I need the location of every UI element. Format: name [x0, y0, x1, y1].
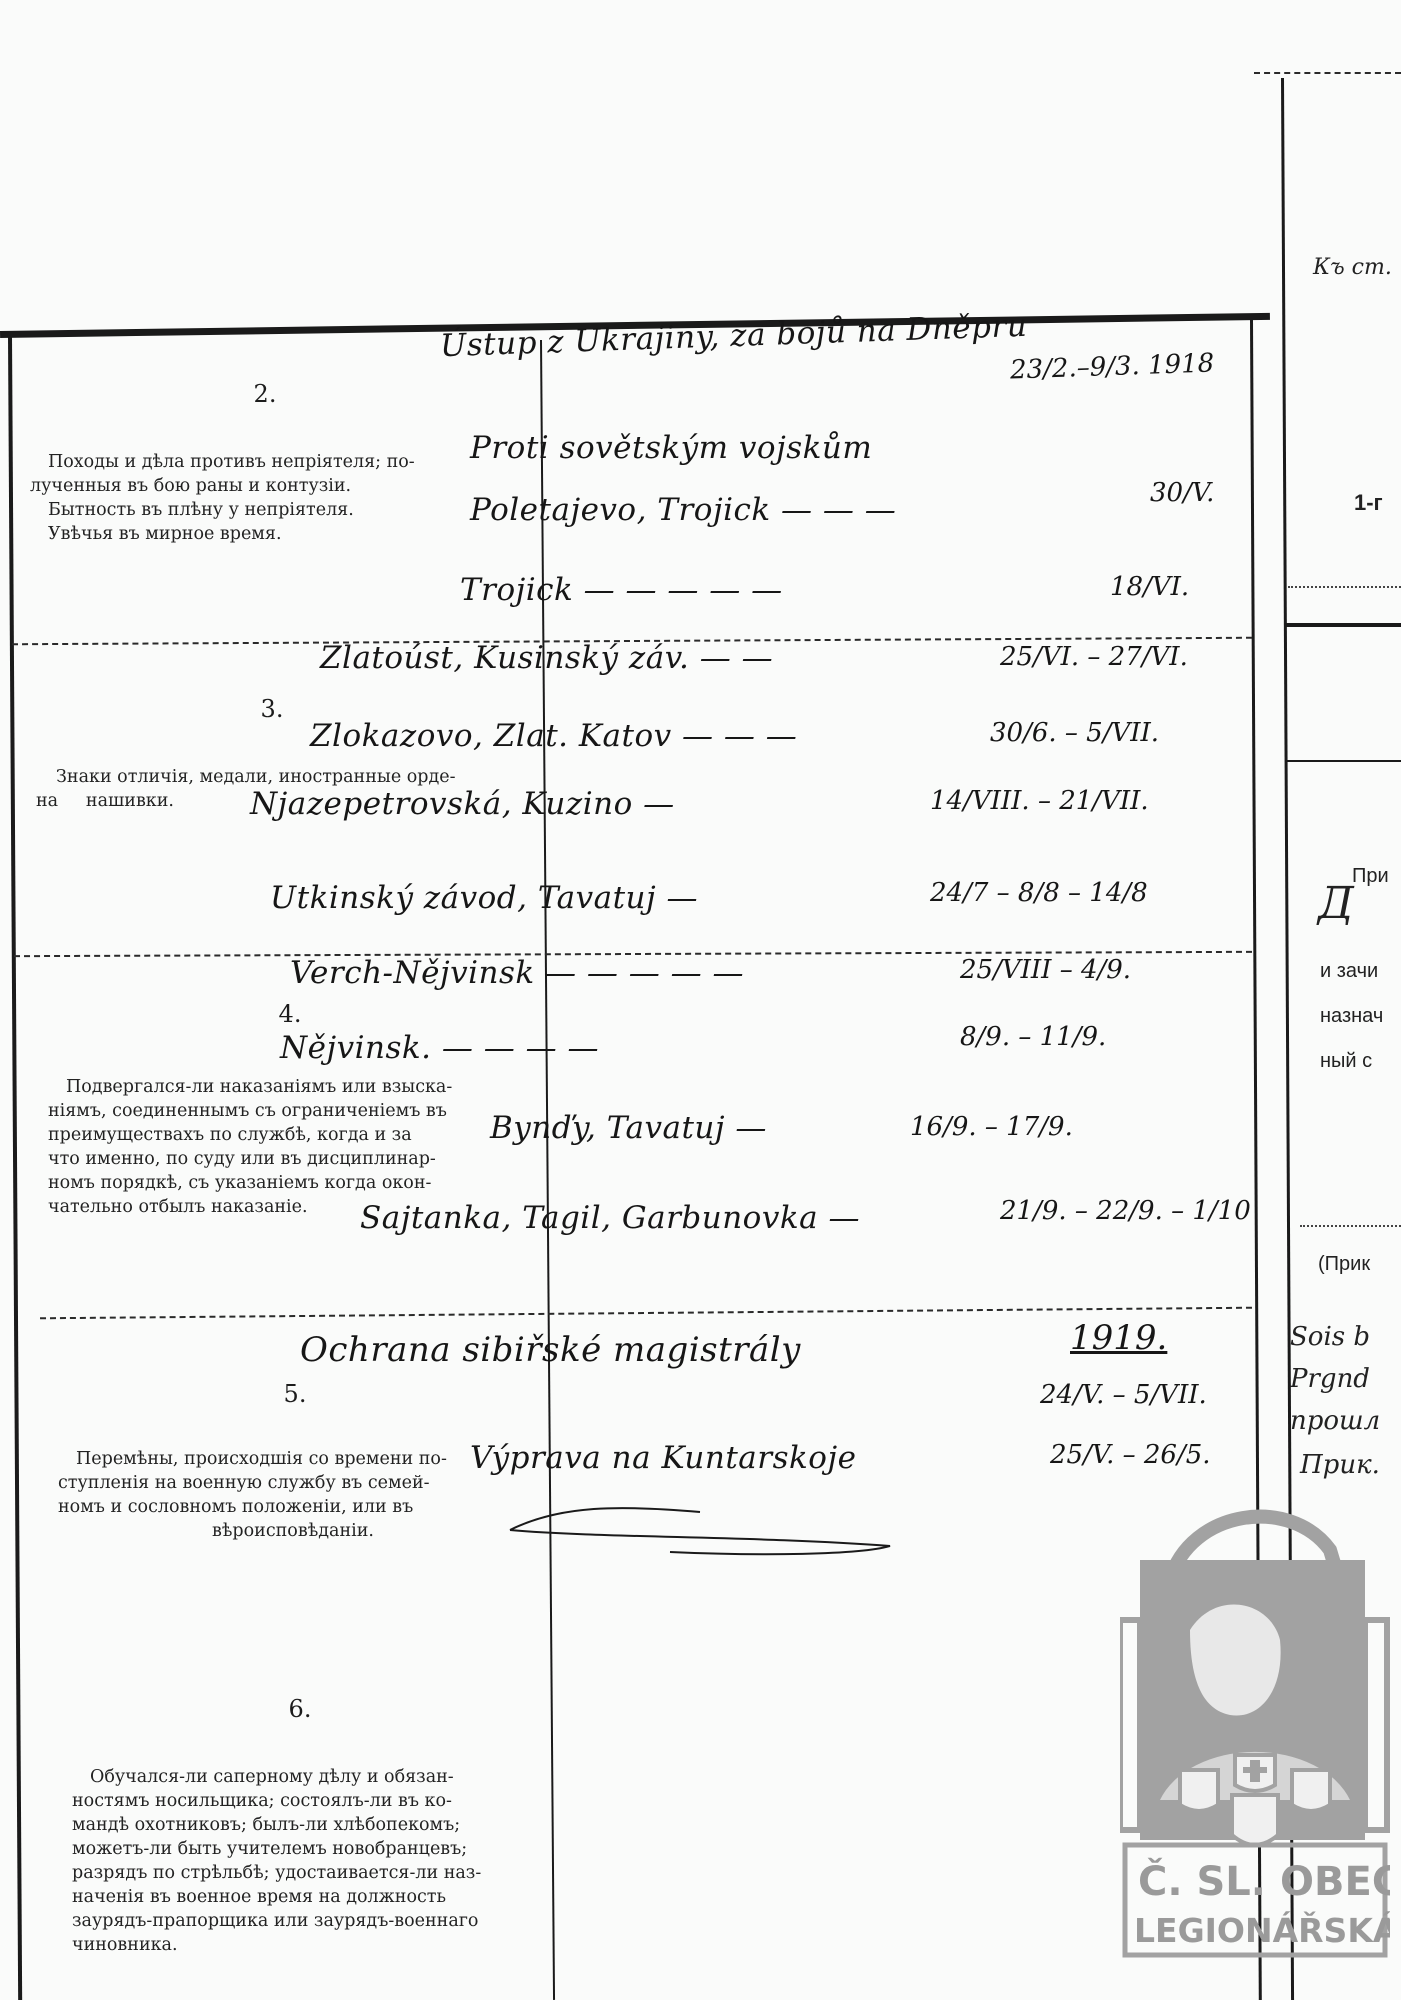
section-4-entry-4-date: 21/9. – 22/9. – 1/10: [1000, 1196, 1251, 1226]
right-line-4: ный с: [1320, 1050, 1372, 1073]
section-6-line: наченія въ военное время на должность: [72, 1885, 542, 1909]
section-2-label: Походы и дѣла противъ непріятеля; по- лу…: [30, 450, 490, 546]
section-6-line: можетъ-ли быть учителемъ новобранцевъ;: [72, 1837, 542, 1861]
section-2-entry-2: Proti sovětským vojskům: [470, 430, 872, 466]
section-3-entry-2: Zlokazovo, Zlat. Katov — — —: [310, 718, 797, 754]
section-2-line: Бытность въ плѣну у непріятеля.: [30, 498, 490, 522]
section-2-line: Увѣчья въ мирное время.: [30, 522, 490, 546]
section-4-entry-2: Nějvinsk. — — — —: [280, 1030, 599, 1066]
section-5-line: номъ и сословномъ положеніи, или въ: [58, 1495, 528, 1519]
logo-text-line3: LEGIONÁŘSKÁ: [1134, 1910, 1390, 1950]
top-right-tick: [1254, 72, 1401, 74]
right-hand-line-2: Prgnd: [1290, 1364, 1370, 1394]
section-5-label: Перемѣны, происходшія со времени по- сту…: [58, 1447, 528, 1543]
section-5-number: 5.: [245, 1380, 345, 1408]
section-6-line: заурядъ-прапорщика или заурядъ-военнаго: [72, 1909, 542, 1933]
section-2-line: Походы и дѣла противъ непріятеля; по-: [30, 450, 490, 474]
section-4-line: Подвергался-ли наказаніямъ или взыска-: [48, 1075, 520, 1099]
section-2-entry-4: Trojick — — — — —: [460, 572, 783, 608]
logo-text-line2: OBEC: [1280, 1859, 1390, 1905]
right-thick-rule-1: [1284, 623, 1401, 627]
section-4-number: 4.: [240, 1000, 340, 1028]
section-4-label: Подвергался-ли наказаніямъ или взыска- н…: [48, 1075, 520, 1219]
section-3-entry-4: Utkinský závod, Tavatuj —: [270, 880, 698, 916]
section-5-line: вѣроисповѣданіи.: [58, 1519, 528, 1543]
signature-flourish: [500, 1500, 900, 1560]
right-line-2: и зачи: [1320, 960, 1378, 983]
section-2-entry-3: Poletajevo, Trojick — — —: [470, 492, 896, 528]
right-hand-line-3: прошл: [1290, 1406, 1380, 1436]
right-heading-fragment: 1-г: [1354, 490, 1383, 516]
section-4-line: преимуществахъ по службѣ, когда и за: [48, 1123, 520, 1147]
section-3-entry-4-date: 24/7 – 8/8 – 14/8: [930, 878, 1148, 908]
section-6-line: Обучался-ли саперному дѣлу и обязан-: [72, 1765, 542, 1789]
section-5-line: Перемѣны, происходшія со времени по-: [58, 1447, 528, 1471]
left-border: [8, 336, 22, 2000]
logo-text-line1: Č. SL.: [1138, 1857, 1266, 1905]
section-5-entry-1-year: 1919.: [1070, 1318, 1167, 1358]
section-6-label: Обучался-ли саперному дѣлу и обязан- нос…: [72, 1765, 542, 1957]
section-6-line: чиновника.: [72, 1933, 542, 1957]
right-line-5: (Прик: [1318, 1253, 1370, 1276]
section-4-line: что именно, по суду или въ дисциплинар-: [48, 1147, 520, 1171]
section-5-entry-3-date: 25/V. – 26/5.: [1050, 1440, 1211, 1470]
section-6-line: мандѣ охотниковъ; былъ-ли хлѣбопекомъ;: [72, 1813, 542, 1837]
right-rule-2: [1286, 760, 1401, 762]
section-3-entry-3: Njazepetrovská, Kuzino —: [250, 786, 675, 822]
section-5-entry-3: Výprava na Kuntarskoje: [470, 1440, 856, 1476]
section-4-line: ніямъ, соединеннымъ съ ограниченіемъ въ: [48, 1099, 520, 1123]
section-4-entry-1: Verch-Nějvinsk — — — — —: [290, 955, 744, 991]
section-4-entry-2-date: 8/9. – 11/9.: [960, 1022, 1106, 1052]
section-6-line: разрядъ по стрѣльбѣ; удостаивается-ли на…: [72, 1861, 542, 1885]
section-5-entry-2-date: 24/V. – 5/VII.: [1040, 1380, 1207, 1410]
section-3-entry-3-date: 14/VIII. – 21/VII.: [930, 786, 1149, 816]
right-line-1: При: [1352, 865, 1389, 888]
section-6-number: 6.: [250, 1695, 350, 1723]
section-5-line: ступленія на военную службу въ семей-: [58, 1471, 528, 1495]
right-line-3: назнач: [1320, 1005, 1383, 1028]
section-2-entry-3-date: 30/V.: [1150, 478, 1214, 508]
section-4-entry-4: Sajtanka, Tagil, Garbunovka —: [360, 1200, 860, 1236]
right-hand-line-1: Sois b: [1290, 1322, 1370, 1352]
section-3-entry-2-date: 30/6. – 5/VII.: [990, 718, 1159, 748]
section-2-number: 2.: [215, 380, 315, 408]
right-ref-label: Къ ст.: [1313, 255, 1392, 280]
section-3-entry-1: Zlatoúst, Kusinský záv. — —: [320, 640, 773, 676]
section-2-entry-1-date: 23/2.–9/3. 1918: [1010, 348, 1215, 385]
section-4-line: номъ порядкѣ, съ указаніемъ когда окон-: [48, 1171, 520, 1195]
section-2-entry-1: Ústup z Ukrajiny, za bojů na Dněpru: [440, 308, 1028, 364]
section-6-line: ностямъ носильщика; состоялъ-ли въ ко-: [72, 1789, 542, 1813]
right-hand-initial: Д: [1318, 878, 1354, 929]
legion-logo-watermark: Č. SL. OBEC LEGIONÁŘSKÁ: [1120, 1470, 1390, 1990]
section-4-entry-1-date: 25/VIII – 4/9.: [960, 955, 1131, 985]
section-3-entry-1-date: 25/VI. – 27/VI.: [1000, 642, 1188, 672]
section-4-entry-3-date: 16/9. – 17/9.: [910, 1112, 1073, 1142]
section-2-entry-4-date: 18/VI.: [1110, 572, 1189, 602]
section-2-line: лученныя въ бою раны и контузіи.: [30, 474, 490, 498]
right-dotted-rule-2: [1300, 1225, 1401, 1227]
section-4-entry-3: Bynďy, Tavatuj —: [490, 1110, 767, 1146]
section-5-entry-1: Ochrana sibiřské magistrály: [300, 1330, 801, 1370]
right-dotted-rule-1: [1288, 586, 1401, 588]
section-3-number: 3.: [222, 695, 322, 723]
